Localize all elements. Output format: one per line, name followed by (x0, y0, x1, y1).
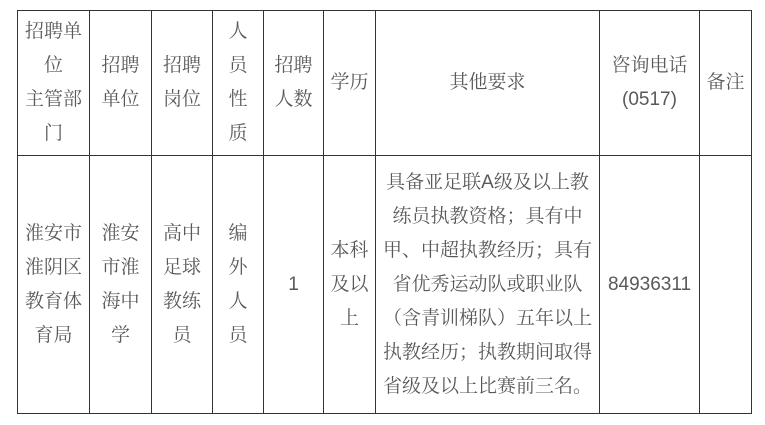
cell-other-requirements: 具备亚足联A级及以上教 练员执教资格；具有中 甲、中超执教经历；具有 省优秀运动… (376, 156, 600, 414)
page-background: 招聘单 位 主管部 门 招聘 单位 招聘 岗位 人 员 性 质 招聘 人数 学历… (0, 0, 765, 425)
recruitment-table: 招聘单 位 主管部 门 招聘 单位 招聘 岗位 人 员 性 质 招聘 人数 学历… (17, 10, 752, 414)
header-cell-supervisory-dept: 招聘单 位 主管部 门 (18, 11, 90, 156)
cell-supervisory-dept: 淮安市 淮阴区 教育体 育局 (18, 156, 90, 414)
header-cell-position: 招聘 岗位 (152, 11, 213, 156)
header-cell-headcount: 招聘 人数 (264, 11, 324, 156)
cell-headcount: 1 (264, 156, 324, 414)
cell-phone: 84936311 (600, 156, 700, 414)
header-cell-recruiting-unit: 招聘 单位 (90, 11, 152, 156)
cell-position: 高中 足球 教练 员 (152, 156, 213, 414)
cell-remark (700, 156, 752, 414)
header-cell-education: 学历 (324, 11, 376, 156)
header-cell-other-requirements: 其他要求 (376, 11, 600, 156)
cell-recruiting-unit: 淮安 市淮 海中 学 (90, 156, 152, 414)
table-data-row: 淮安市 淮阴区 教育体 育局 淮安 市淮 海中 学 高中 足球 教练 员 编 外… (18, 156, 752, 414)
header-cell-phone: 咨询电话 (0517) (600, 11, 700, 156)
header-cell-personnel-nature: 人 员 性 质 (213, 11, 264, 156)
cell-personnel-nature: 编 外 人 员 (213, 156, 264, 414)
cell-education: 本科 及以 上 (324, 156, 376, 414)
header-cell-remark: 备注 (700, 11, 752, 156)
table-header-row: 招聘单 位 主管部 门 招聘 单位 招聘 岗位 人 员 性 质 招聘 人数 学历… (18, 11, 752, 156)
